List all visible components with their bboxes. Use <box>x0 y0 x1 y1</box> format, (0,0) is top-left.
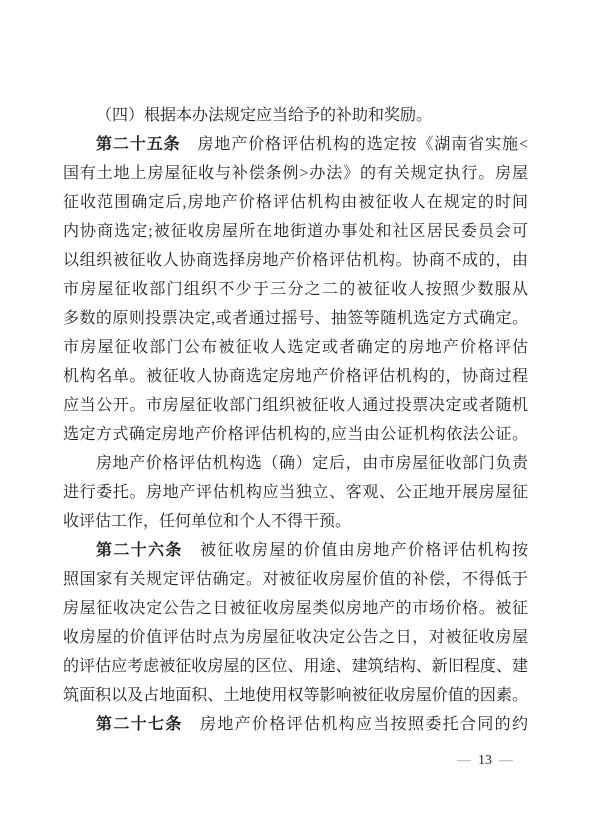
text-line: 多数的原则投票决定,或者通过摇号、抽签等随机选定方式确定。 <box>63 304 528 333</box>
text-line: 照国家有关规定评估确定。对被征收房屋价值的补偿，不得低于 <box>63 565 528 594</box>
body-text: 机构名单。被征收人协商选定房地产价格评估机构的，协商过程 <box>63 368 528 385</box>
article-number: 第二十六条 <box>96 542 183 559</box>
text-line: 收房屋的价值评估时点为房屋征收决定公告之日，对被征收房屋 <box>63 623 528 652</box>
body-text: 应当公开。市房屋征收部门组织被征收人通过投票决定或者随机 <box>63 397 528 414</box>
body-text: 以组织被征收人协商选择房地产价格评估机构。协商不成的，由 <box>63 252 528 269</box>
text-line: 第二十七条 房地产价格评估机构应当按照委托合同的约 <box>63 710 528 739</box>
text-line: 以组织被征收人协商选择房地产价格评估机构。协商不成的，由 <box>63 246 528 275</box>
body-text: 市房屋征收部门组织不少于三分之二的被征收人按照少数服从 <box>63 281 528 298</box>
text-line: 内协商选定;被征收房屋所在地街道办事处和社区居民委员会可 <box>63 217 528 246</box>
body-text: 多数的原则投票决定,或者通过摇号、抽签等随机选定方式确定。 <box>63 310 528 327</box>
body-text: 被征收房屋的价值由房地产价格评估机构按 <box>183 542 528 559</box>
text-line: 进行委托。房地产评估机构应当独立、客观、公正地开展房屋征 <box>63 478 528 507</box>
body-text: 选定方式确定房地产价格评估机构的,应当由公证机构依法公证。 <box>63 426 528 443</box>
body-text: 内协商选定;被征收房屋所在地街道办事处和社区居民委员会可 <box>63 223 528 240</box>
body-text: 进行委托。房地产评估机构应当独立、客观、公正地开展房屋征 <box>63 484 528 501</box>
document-page: （四）根据本办法规定应当给予的补助和奖励。第二十五条 房地产价格评估机构的选定按… <box>0 0 591 838</box>
page-number-dash-left: — <box>457 753 471 768</box>
article-number: 第二十五条 <box>96 136 181 153</box>
text-line: 房地产价格评估机构选（确）定后，由市房屋征收部门负责 <box>63 449 528 478</box>
page-number-dash-right: — <box>499 753 513 768</box>
body-text: 的评估应考虑被征收房屋的区位、用途、建筑结构、新旧程度、建 <box>63 658 528 675</box>
text-line: （四）根据本办法规定应当给予的补助和奖励。 <box>63 101 528 130</box>
body-text: 收评估工作，任何单位和个人不得干预。 <box>63 513 351 530</box>
body-text: 房地产价格评估机构的选定按《湖南省实施< <box>181 136 528 153</box>
body-text: 国有土地上房屋征收与补偿条例>办法》的有关规定执行。房屋 <box>63 165 528 182</box>
text-line: 市房屋征收部门组织不少于三分之二的被征收人按照少数服从 <box>63 275 528 304</box>
text-line: 选定方式确定房地产价格评估机构的,应当由公证机构依法公证。 <box>63 420 528 449</box>
text-line: 机构名单。被征收人协商选定房地产价格评估机构的，协商过程 <box>63 362 528 391</box>
body-text: 征收范围确定后,房地产价格评估机构由被征收人在规定的时间 <box>63 194 528 211</box>
text-line: 房屋征收决定公告之日被征收房屋类似房地产的市场价格。被征 <box>63 594 528 623</box>
body-text: 照国家有关规定评估确定。对被征收房屋价值的补偿，不得低于 <box>63 571 528 588</box>
text-line: 应当公开。市房屋征收部门组织被征收人通过投票决定或者随机 <box>63 391 528 420</box>
text-line: 收评估工作，任何单位和个人不得干预。 <box>63 507 528 536</box>
page-number-value: 13 <box>478 753 492 768</box>
body-text: 收房屋的价值评估时点为房屋征收决定公告之日，对被征收房屋 <box>63 629 528 646</box>
text-line: 国有土地上房屋征收与补偿条例>办法》的有关规定执行。房屋 <box>63 159 528 188</box>
text-line: 第二十五条 房地产价格评估机构的选定按《湖南省实施< <box>63 130 528 159</box>
body-text: 筑面积以及占地面积、土地使用权等影响被征收房屋价值的因素。 <box>63 687 528 704</box>
body-text: 房屋征收决定公告之日被征收房屋类似房地产的市场价格。被征 <box>63 600 528 617</box>
text-line: 征收范围确定后,房地产价格评估机构由被征收人在规定的时间 <box>63 188 528 217</box>
text-line: 的评估应考虑被征收房屋的区位、用途、建筑结构、新旧程度、建 <box>63 652 528 681</box>
article-number: 第二十七条 <box>96 716 183 733</box>
page-number: —13— <box>457 752 513 770</box>
text-line: 筑面积以及占地面积、土地使用权等影响被征收房屋价值的因素。 <box>63 681 528 710</box>
text-line: 第二十六条 被征收房屋的价值由房地产价格评估机构按 <box>63 536 528 565</box>
body-text: 房地产价格评估机构应当按照委托合同的约 <box>183 716 528 733</box>
body-text: 房地产价格评估机构选（确）定后，由市房屋征收部门负责 <box>96 455 528 472</box>
text-line: 市房屋征收部门公布被征收人选定或者确定的房地产价格评估 <box>63 333 528 362</box>
body-text: 市房屋征收部门公布被征收人选定或者确定的房地产价格评估 <box>63 339 528 356</box>
body-text: （四）根据本办法规定应当给予的补助和奖励。 <box>96 107 432 124</box>
text-block: （四）根据本办法规定应当给予的补助和奖励。第二十五条 房地产价格评估机构的选定按… <box>63 101 528 739</box>
